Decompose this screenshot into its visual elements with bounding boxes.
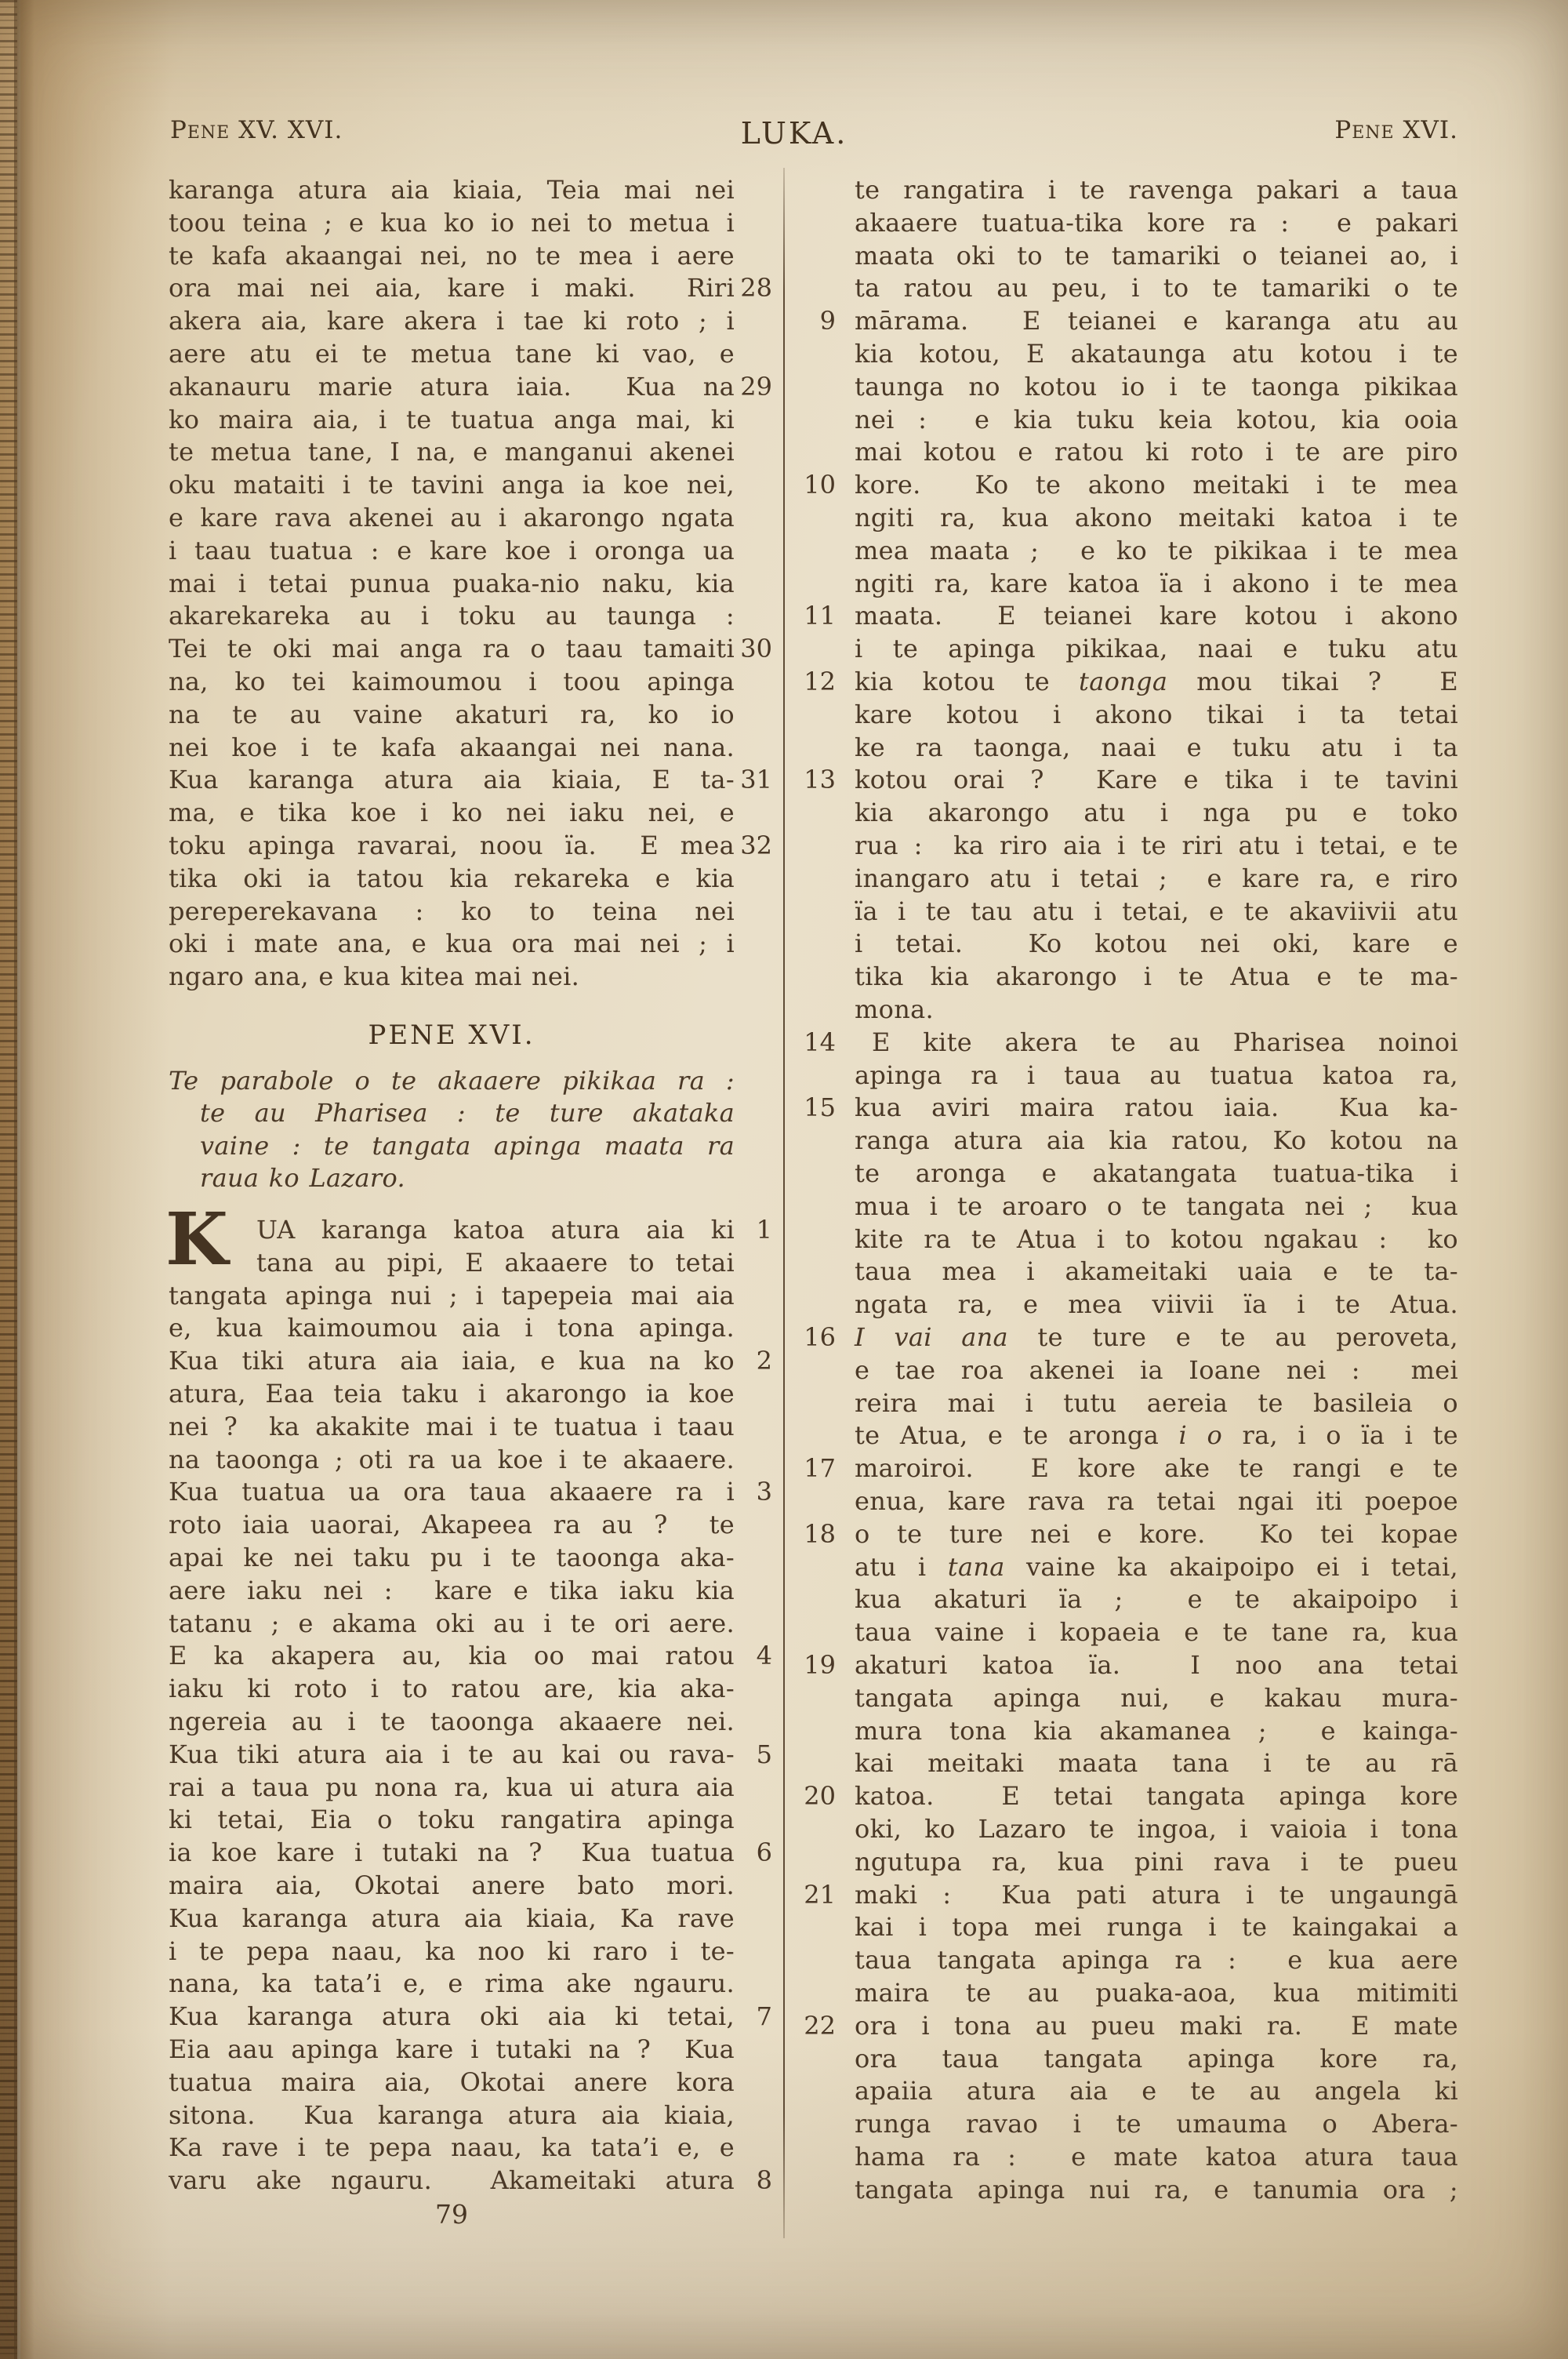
text-line: apaiia atura aia e te au angela ki [855,2075,1458,2107]
text-line: i tetai. Ko kotou nei oki, kare e [855,928,1458,960]
text-line: e tae roa akenei ia Ioane nei : mei [855,1354,1458,1387]
text-line: akaaere tuatua-tika kore ra : e pakari [855,207,1458,239]
text-line: mea maata ; e ko te pikikaa i te mea [855,535,1458,567]
text-line: taua vaine i kopaeia e te tane ra, kua [855,1616,1458,1648]
text-line: maroiroi. E kore ake te rangi e te [855,1452,1458,1485]
text-line: reira mai i tutu aereia te basileia o [855,1387,1458,1419]
text-line: kua aviri maira ratou iaia. Kua ka- [855,1092,1458,1124]
text-line: taua tangata apinga ra : e kua aere [855,1944,1458,1976]
right-column-text: te rangatira i te ravenga pakari a tauaa… [0,0,1568,2359]
text-line: ïa i te tau atu i tetai, e te akaviivii … [855,896,1458,928]
text-line: oki, ko Lazaro te ingoa, i vaioia i tona [855,1813,1458,1845]
verse-number: 10 [795,469,836,501]
text-line: nei : e kia tuku keia kotou, kia ooia [855,404,1458,436]
text-line: mai kotou e ratou ki roto i te are piro [855,436,1458,468]
text-line: ta ratou au peu, i to te tamariki o te [855,272,1458,304]
verse-number: 11 [795,600,836,632]
verse-number: 15 [795,1092,836,1124]
verse-number: 17 [795,1452,836,1485]
text-line: mura tona kia akamanea ; e kainga- [855,1715,1458,1747]
text-line: ranga atura aia kia ratou, Ko kotou na [855,1125,1458,1157]
text-line: atu i tana vaine ka akaipoipo ei i tetai… [855,1551,1458,1583]
text-line: ngutupa ra, kua pini rava i te pueu [855,1846,1458,1878]
text-line: ora taua tangata apinga kore ra, [855,2043,1458,2075]
text-line: rua : ka riro aia i te riri atu i tetai,… [855,830,1458,862]
text-line: kite ra te Atua i to kotou ngakau : ko [855,1223,1458,1256]
text-line: maata. E teianei kare kotou i akono [855,600,1458,632]
text-line: runga ravao i te umauma o Abera- [855,2108,1458,2140]
text-line: i te apinga pikikaa, naai e tuku atu [855,633,1458,665]
text-line: maata oki to te tamariki o teianei ao, i [855,240,1458,272]
text-line: kore. Ko te akono meitaki i te mea [855,469,1458,501]
verse-number: 12 [795,666,836,698]
verse-number: 20 [795,1780,836,1812]
text-line: kia kotou te taonga mou tikai ? E [855,666,1458,698]
verse-number: 21 [795,1879,836,1911]
verse-number: 16 [795,1321,836,1354]
text-line: taua mea i akameitaki uaia e te ta- [855,1256,1458,1288]
verse-number: 19 [795,1649,836,1681]
text-line: kia akarongo atu i nga pu e toko [855,797,1458,829]
text-line: kai i topa mei runga i te kaingakai a [855,1911,1458,1943]
text-line: mona. [855,994,1458,1026]
text-line: te Atua, e te aronga i o ra, i o ïa i te [855,1419,1458,1452]
page-number: 79 [169,2199,735,2230]
text-line: tangata apinga nui, e kakau mura- [855,1682,1458,1714]
verse-number: 13 [795,764,836,796]
text-line: mārama. E teianei e karanga atu au [855,305,1458,337]
text-line: tika kia akarongo i te Atua e te ma- [855,961,1458,993]
text-line: apinga ra i taua au tuatua katoa ra, [855,1060,1458,1092]
text-line: hama ra : e mate katoa atura taua [855,2141,1458,2173]
text-line: ora i tona au pueu maki ra. E mate [855,2010,1458,2042]
text-line: maki : Kua pati atura i te ungaungā [855,1879,1458,1911]
text-line: enua, kare rava ra tetai ngai iti poepoe [855,1485,1458,1518]
text-line: te aronga e akatangata tuatua-tika i [855,1158,1458,1190]
text-line: E kite akera te au Pharisea noinoi [872,1027,1458,1059]
verse-number: 14 [795,1027,836,1059]
text-line: ngata ra, e mea viivii ïa i te Atua. [855,1289,1458,1321]
text-line: mua i te aroaro o te tangata nei ; kua [855,1190,1458,1223]
text-line: kare kotou i akono tikai i ta tetai [855,699,1458,731]
text-line: kai meitaki maata tana i te au rā [855,1747,1458,1779]
scanned-book-page: Pene XV. XVI. LUKA. Pene XVI. karanga at… [0,0,1568,2359]
text-line: katoa. E tetai tangata apinga kore [855,1780,1458,1812]
text-line: akaturi katoa ïa. I noo ana tetai [855,1649,1458,1681]
verse-number: 9 [795,305,836,337]
text-line: kia kotou, E akataunga atu kotou i te [855,338,1458,370]
text-line: taunga no kotou io i te taonga pikikaa [855,371,1458,403]
text-line: te rangatira i te ravenga pakari a taua [855,174,1458,206]
text-line: tangata apinga nui ra, e tanumia ora ; [855,2174,1458,2206]
text-line: ngiti ra, kare katoa ïa i akono i te mea [855,568,1458,600]
text-line: o te ture nei e kore. Ko tei kopae [855,1518,1458,1550]
text-line: maira te au puaka-aoa, kua mitimiti [855,1977,1458,2009]
text-line: I vai ana te ture e te au peroveta, [855,1321,1458,1354]
text-line: kotou orai ? Kare e tika i te tavini [855,764,1458,796]
text-line: ke ra taonga, naai e tuku atu i ta [855,732,1458,764]
verse-number: 18 [795,1518,836,1550]
text-line: inangaro atu i tetai ; e kare ra, e riro [855,863,1458,895]
text-line: ngiti ra, kua akono meitaki katoa i te [855,502,1458,534]
text-line: kua akaturi ïa ; e te akaipoipo i [855,1583,1458,1616]
verse-number: 22 [795,2010,836,2042]
